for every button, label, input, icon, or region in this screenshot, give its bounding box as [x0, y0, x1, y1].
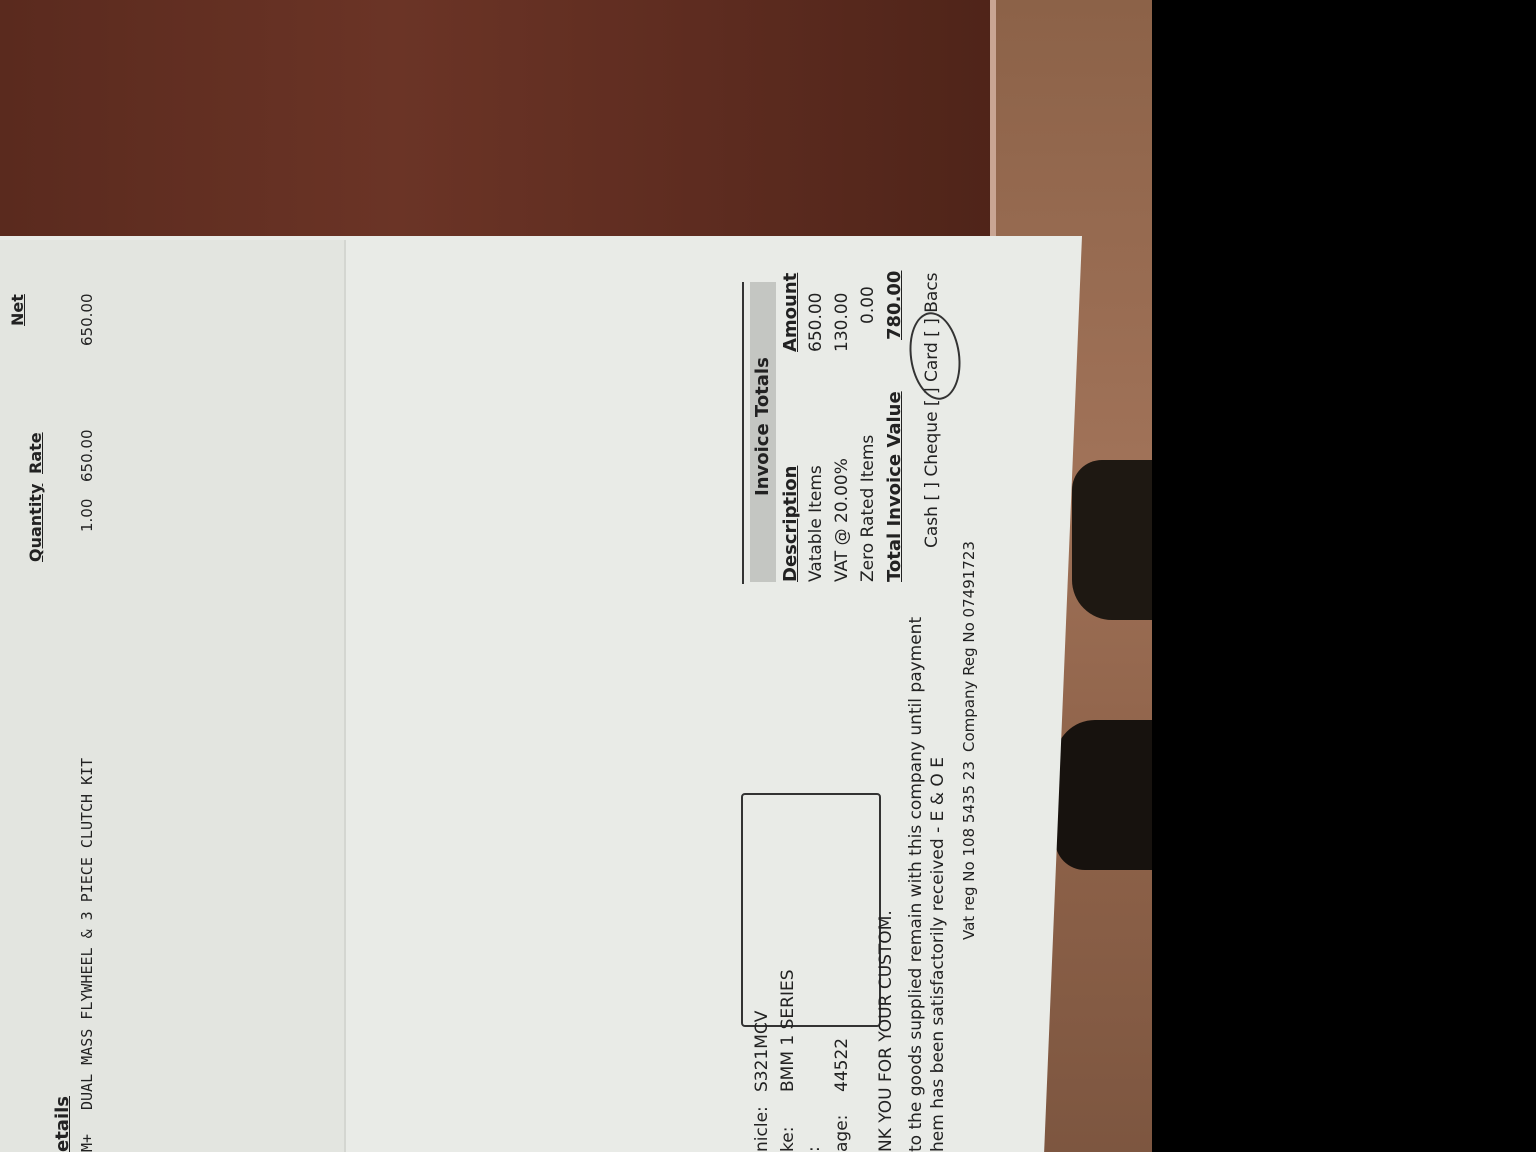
- totals-divider: [742, 282, 744, 584]
- vehicle-label: nicle:: [752, 1106, 772, 1152]
- vat-reg-number: Vat reg No 108 5435 23: [960, 761, 978, 940]
- mileage-label: age:: [832, 1115, 852, 1152]
- paper-fold: [344, 240, 346, 1152]
- terms-line-1: to the goods supplied remain with this c…: [906, 617, 926, 1152]
- zero-rated-label: Zero Rated Items: [858, 435, 878, 582]
- item-code: M+: [78, 1134, 96, 1152]
- description-header: Description: [780, 466, 801, 582]
- shoe: [1072, 460, 1152, 620]
- invoice-totals-title: Invoice Totals: [752, 357, 773, 496]
- item-quantity: 1.00: [78, 499, 96, 532]
- quantity-header: Quantity: [26, 484, 45, 562]
- item-description: DUAL MASS FLYWHEEL & 3 PIECE CLUTCH KIT: [78, 758, 96, 1110]
- mileage-value: 44522: [832, 1038, 852, 1092]
- vat-amount: 130.00: [832, 293, 852, 352]
- vatable-items-amount: 650.00: [806, 293, 826, 352]
- company-reg-number: Company Reg No 07491723: [960, 541, 978, 752]
- shoe: [1055, 720, 1152, 870]
- thank-you-message: NK YOU FOR YOUR CUSTOM.: [876, 910, 896, 1152]
- rate-header: Rate: [26, 432, 45, 474]
- terms-line-2: hem has been satisfactorily received - E…: [928, 757, 948, 1152]
- amount-header: Amount: [780, 273, 801, 352]
- blank-label: :: [804, 1146, 824, 1152]
- total-invoice-label: Total Invoice Value: [884, 391, 905, 582]
- vehicle-value: S321MCV: [752, 1011, 772, 1092]
- item-net: 650.00: [78, 294, 96, 347]
- invoice-paper-upper: [0, 240, 345, 1152]
- total-invoice-amount: 780.00: [884, 271, 905, 340]
- make-value: BMM 1 SERIES: [778, 969, 798, 1092]
- zero-rated-amount: 0.00: [858, 286, 878, 324]
- item-rate: 650.00: [78, 430, 96, 483]
- net-header: Net: [8, 294, 27, 326]
- vatable-items-label: Vatable Items: [806, 465, 826, 582]
- make-label: ke:: [778, 1127, 798, 1152]
- details-header: etails: [52, 1096, 73, 1152]
- vehicle-box: [741, 793, 881, 1027]
- vat-label: VAT @ 20.00%: [832, 458, 852, 582]
